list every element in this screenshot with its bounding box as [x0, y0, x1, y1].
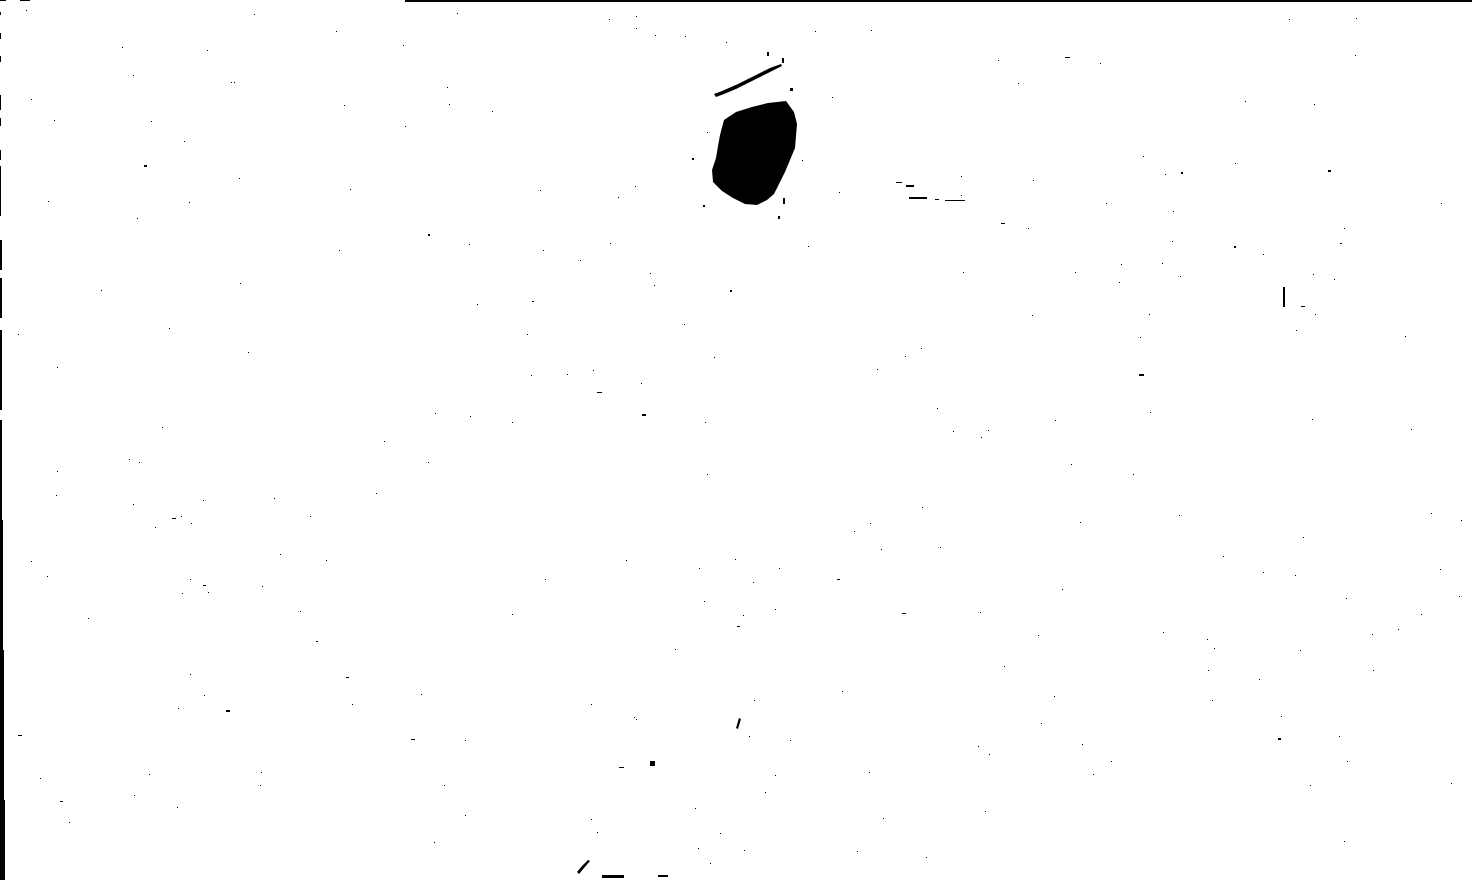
vertical-mark: [1283, 287, 1285, 307]
binarized-micrograph: [0, 0, 1472, 880]
